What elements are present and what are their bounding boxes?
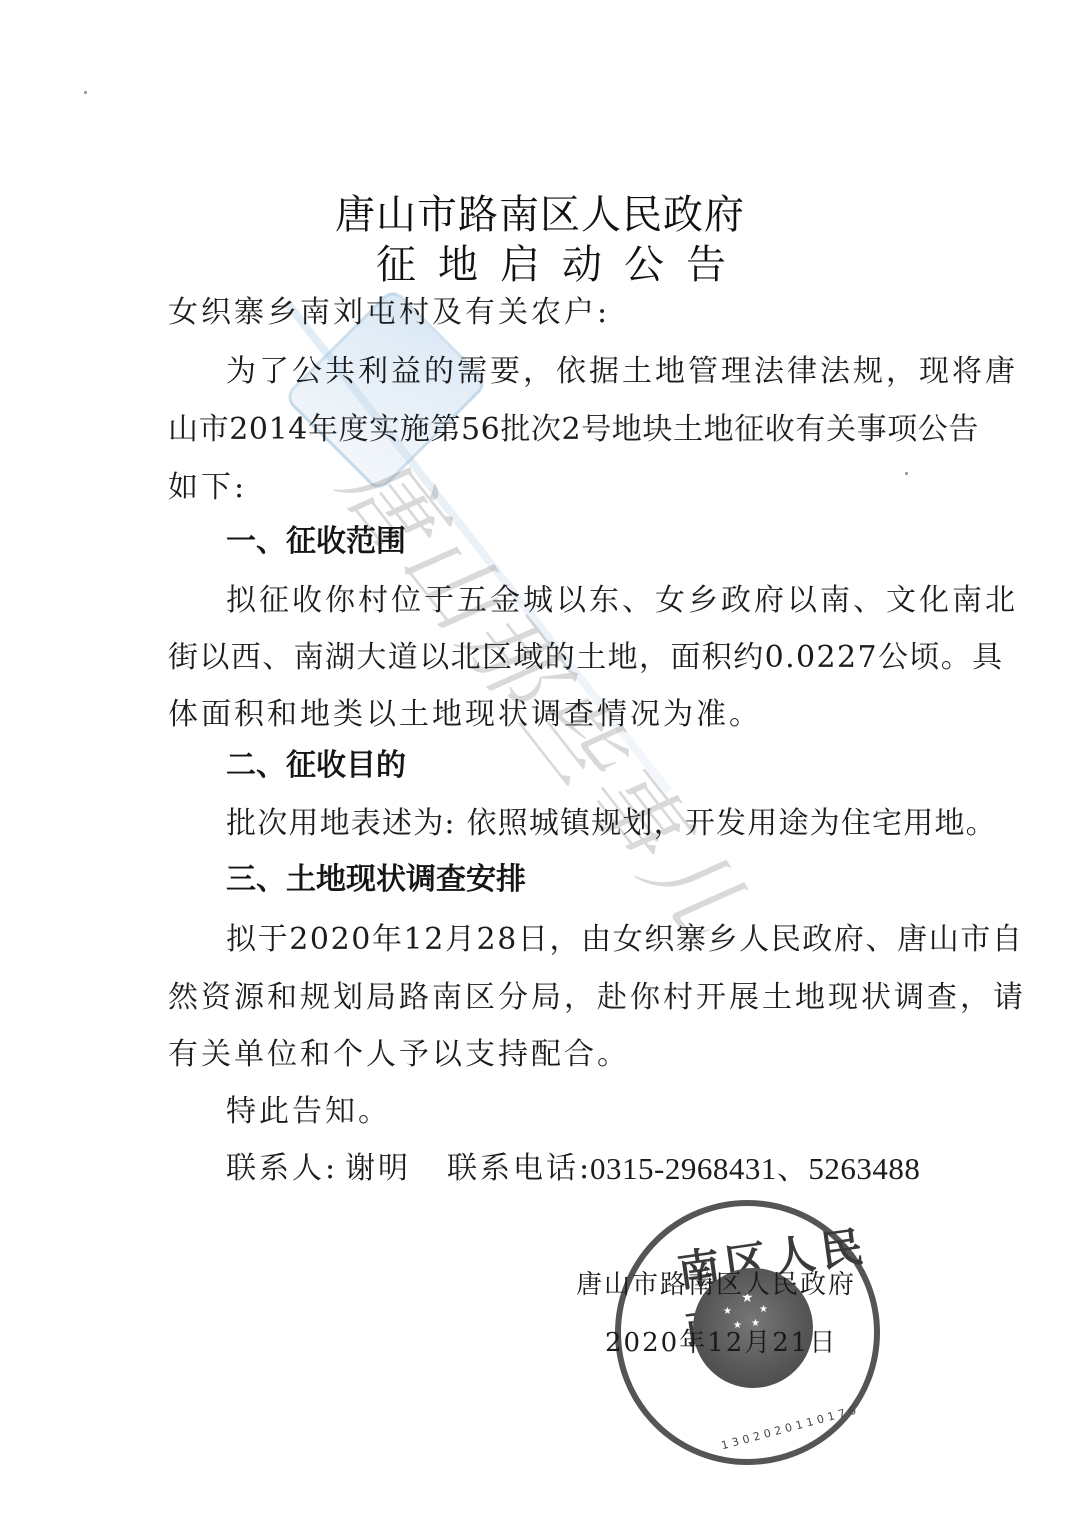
section-line: 批次用地表述为: 依照城镇规划，开发用途为住宅用地。: [226, 806, 997, 842]
document-page: 唐山那些事儿 唐山市路南区人民政府 征地启动公告 女织寨乡南刘屯村及有关农户: …: [0, 0, 1080, 1518]
section-line: 有关单位和个人予以支持配合。: [168, 1037, 630, 1073]
section-heading-scope: 一、征收范围: [226, 524, 406, 560]
contact-phone-label: 联系电话:: [447, 1151, 592, 1187]
contact-person-label: 联系人:: [226, 1151, 338, 1187]
document-title-issuer: 唐山市路南区人民政府: [0, 183, 1080, 240]
section-line: 街以西、南湖大道以北区域的土地，面积约0.0227公顷。具: [168, 640, 1004, 676]
star-icon: ★: [759, 1304, 768, 1315]
section-heading-purpose: 二、征收目的: [226, 748, 406, 784]
section-heading-survey: 三、土地现状调查安排: [226, 862, 526, 898]
section-line: 拟征收你村位于五金城以东、女乡政府以南、文化南北: [226, 583, 1018, 619]
document-title-notice: 征地启动公告: [0, 233, 1080, 290]
signature-date: 2020年12月21日: [605, 1322, 837, 1359]
scan-speck: [905, 472, 908, 475]
section-line: 拟于2020年12月28日，由女织寨乡人民政府、唐山市自: [226, 922, 1024, 958]
seal-code: 1302020110176: [720, 1403, 861, 1453]
intro-line: 为了公共利益的需要，依据土地管理法律法规，现将唐: [226, 354, 1018, 390]
section-line: 然资源和规划局路南区分局，赴你村开展土地现状调查，请: [168, 980, 1026, 1016]
contact-phone: 0315-2968431、5263488: [590, 1151, 920, 1187]
signature-issuer: 唐山市路南区人民政府: [576, 1264, 856, 1301]
closing-text: 特此告知。: [226, 1094, 391, 1130]
contact-person: 谢明: [345, 1151, 411, 1187]
intro-line: 山市2014年度实施第56批次2号地块土地征收有关事项公告: [168, 412, 979, 448]
intro-line: 如下:: [168, 470, 247, 506]
section-line: 体面积和地类以土地现状调查情况为准。: [168, 697, 762, 733]
star-icon: ★: [723, 1306, 732, 1317]
scan-speck: [84, 91, 87, 94]
salutation: 女织寨乡南刘屯村及有关农户:: [168, 295, 610, 331]
